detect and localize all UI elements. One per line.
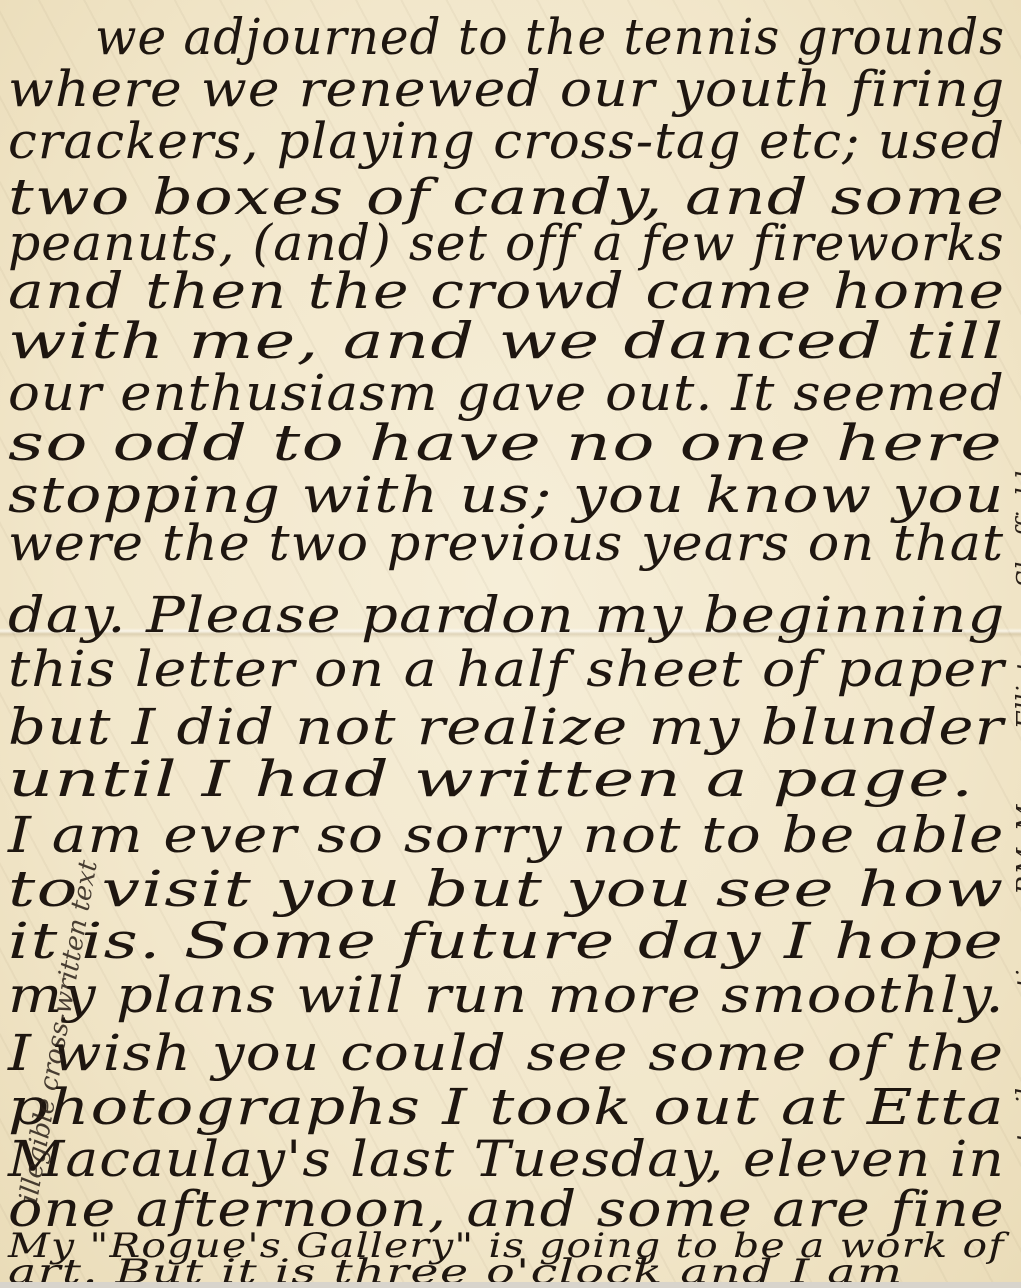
letter-line-15: until I had written a page.	[8, 750, 975, 808]
letter-line-21: photographs I took out at Etta	[8, 1078, 1005, 1136]
right-margin-crosswriting: momentarily expecting ... P.M. Mrs. ... …	[1012, 471, 1021, 1240]
letter-line-13: this letter on a half sheet of paper	[8, 640, 1005, 698]
scan-bottom-edge	[0, 1282, 1021, 1288]
letter-line-16: I am ever so sorry not to be able	[8, 806, 1005, 864]
letter-line-2: where we renewed our youth firing	[8, 60, 1005, 118]
letter-line-20: I wish you could see some of the	[8, 1024, 1004, 1082]
letter-line-18: it is. Some future day I hope	[8, 912, 1004, 970]
letter-line-1: we adjourned to the tennis grounds	[95, 8, 1005, 66]
letter-line-19: my plans will run more smoothly.	[8, 966, 1005, 1024]
letter-line-7: with me, and we danced till	[8, 312, 1005, 370]
letter-page: we adjourned to the tennis grounds where…	[0, 0, 1021, 1288]
letter-line-12: day. Please pardon my beginning	[8, 586, 1005, 644]
letter-line-3: crackers, playing cross-tag etc; used	[8, 112, 1005, 170]
letter-line-14: but I did not realize my blunder	[8, 698, 1004, 756]
letter-line-17: to visit you but you see how	[8, 860, 1005, 918]
letter-line-11: were the two previous years on that	[8, 514, 1004, 572]
letter-line-9: so odd to have no one here	[8, 414, 1003, 472]
